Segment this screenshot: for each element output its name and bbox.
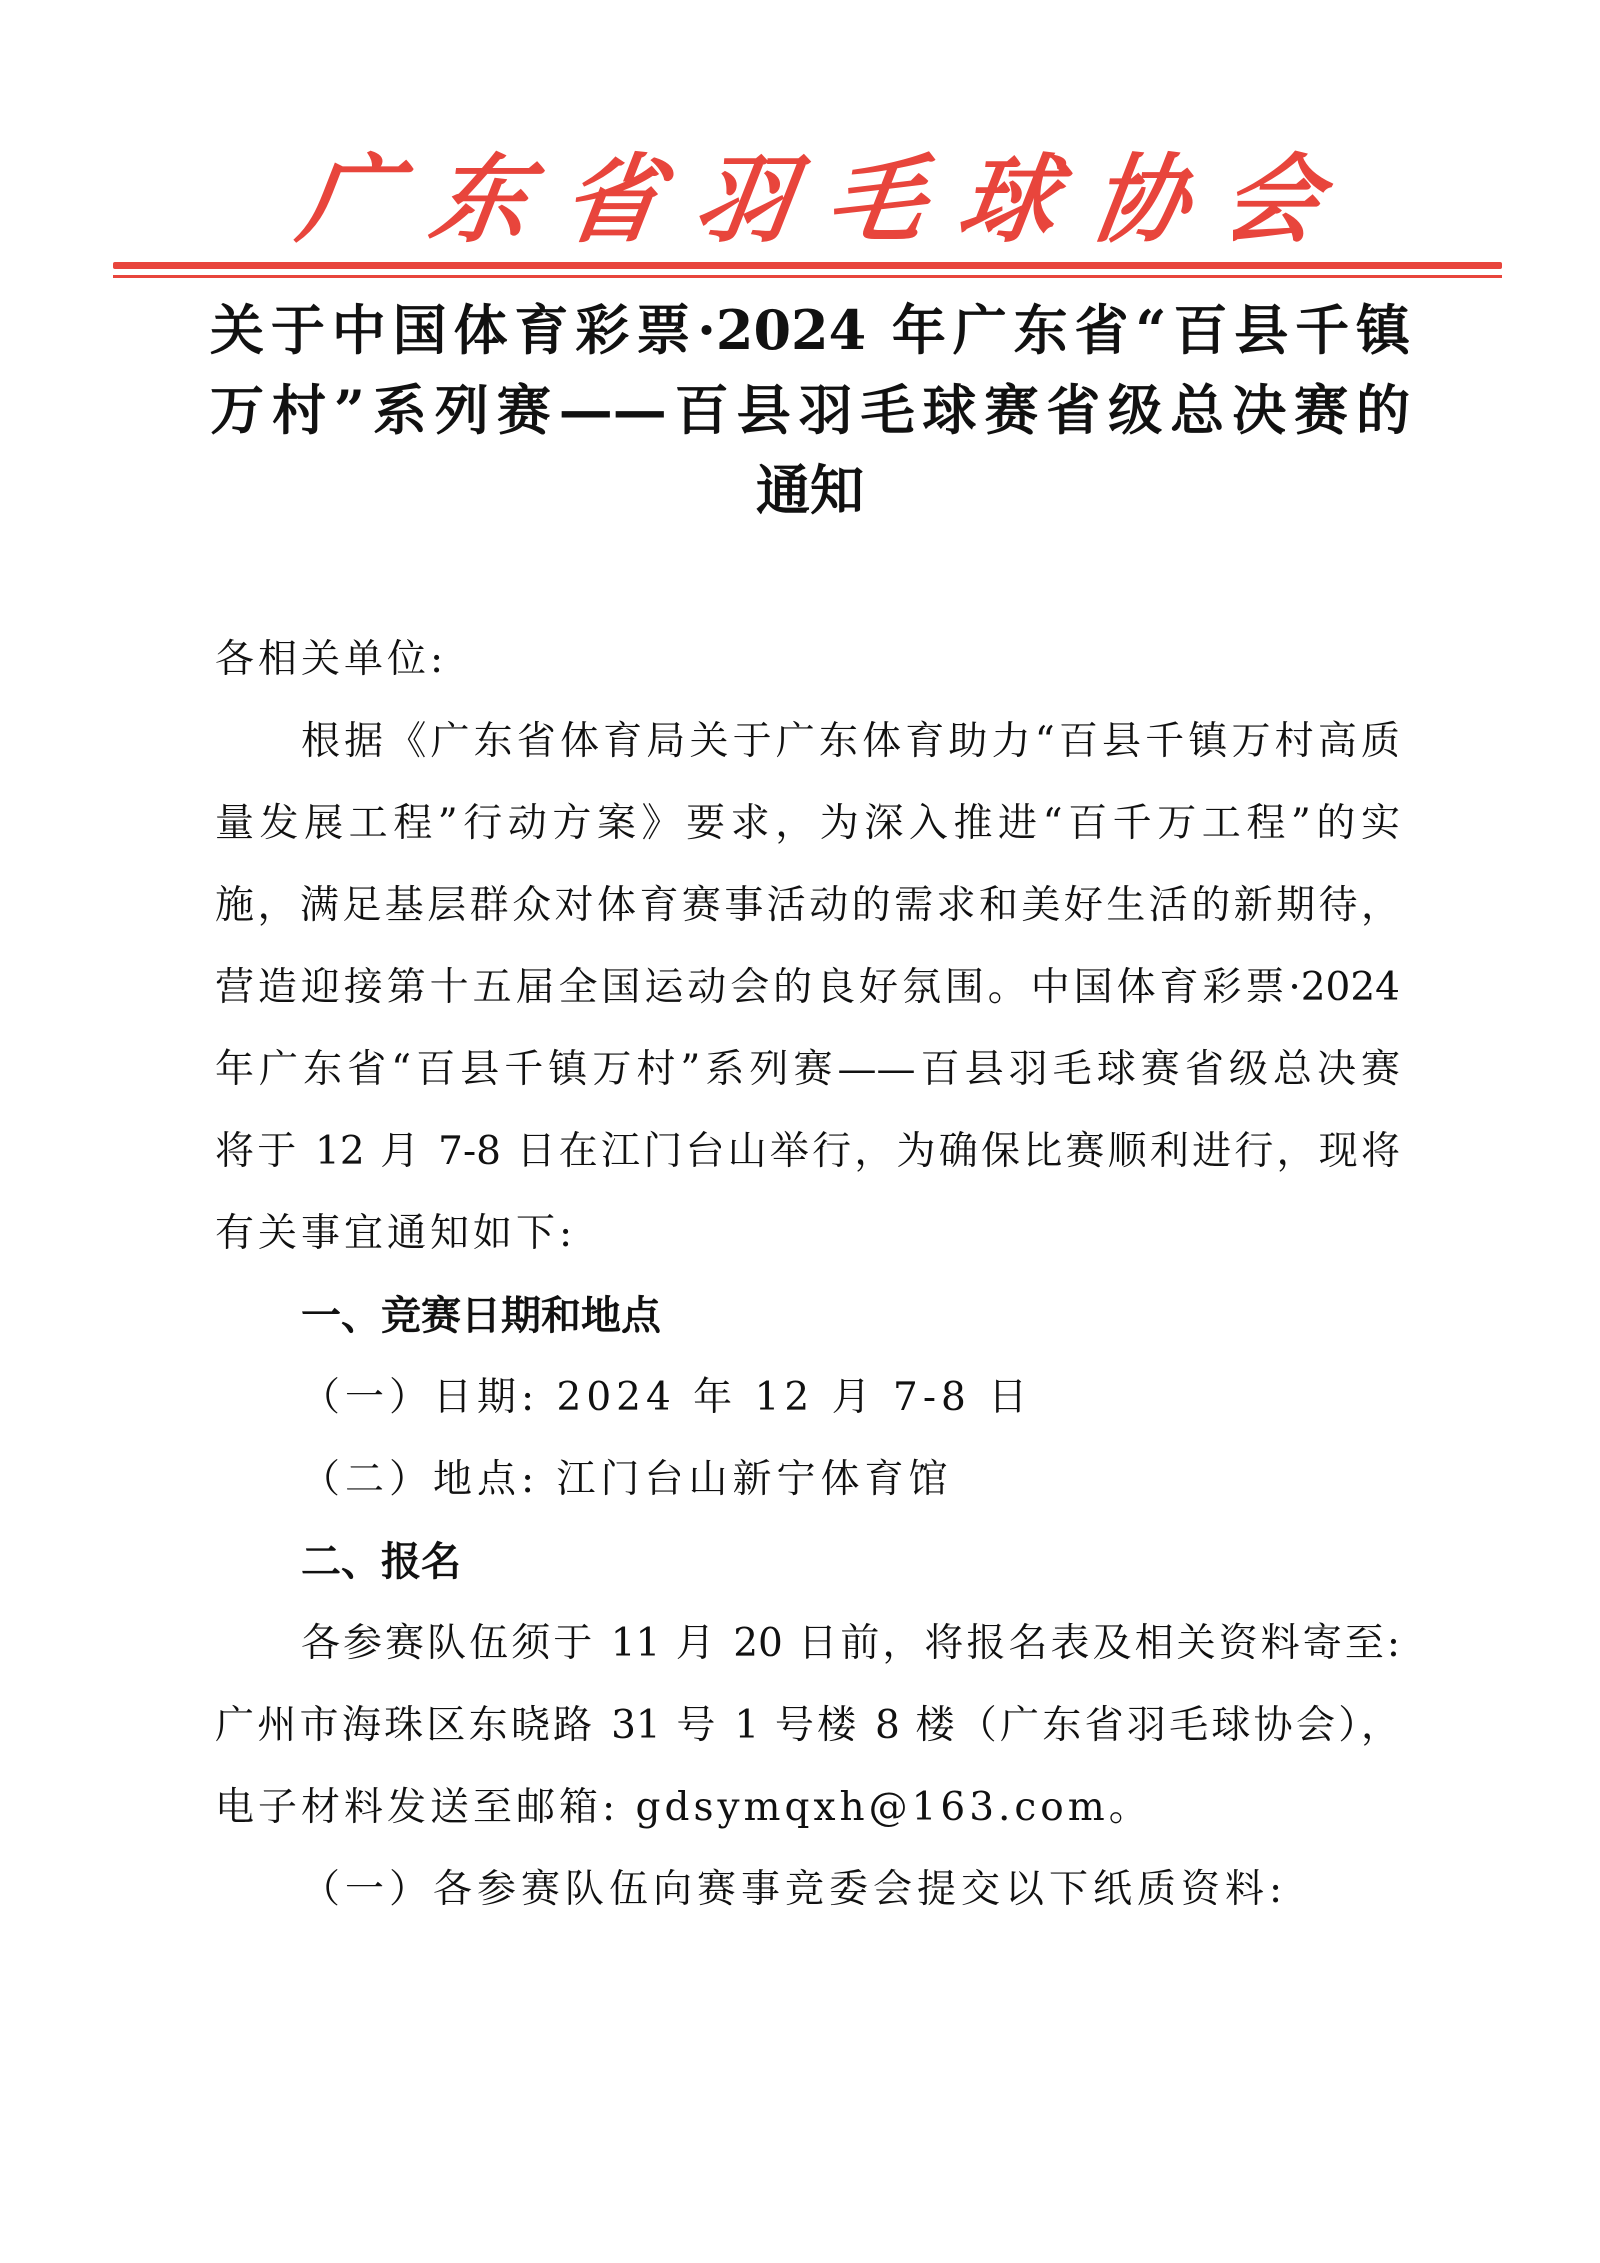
salutation: 各相关单位: [215,619,1400,701]
intro-line: 营造迎接第十五届全国运动会的良好氛围。中国体育彩票·2024 [215,947,1400,1029]
intro-line: 根据《广东省体育局关于广东体育助力“百县千镇万村高质 [301,701,1400,783]
letterhead-char: 羽 [689,152,798,248]
letterhead-org-name: 广 东 省 羽 毛 球 协 会 [300,140,1320,260]
letterhead-char: 东 [425,152,534,248]
intro-line: 将于 12 月 7-8 日在江门台山举行，为确保比赛顺利进行，现将 [215,1111,1400,1193]
letterhead-char: 协 [1085,152,1194,248]
registration-line: 广州市海珠区东晓路 31 号 1 号楼 8 楼（广东省羽毛球协会）， [215,1685,1400,1767]
section-heading-schedule: 一、竞赛日期和地点 [301,1275,1486,1357]
document-title-line-1: 关于中国体育彩票·2024 年广东省“百县千镇 [210,290,1410,370]
intro-line: 有关事宜通知如下: [215,1193,1400,1275]
letterhead-char: 广 [293,152,402,248]
letterhead-char: 会 [1217,152,1326,248]
registration-item: （一）各参赛队伍向赛事竞委会提交以下纸质资料: [301,1849,1486,1931]
registration-line: 各参赛队伍须于 11 月 20 日前，将报名表及相关资料寄至: [301,1603,1400,1685]
document-page: 广 东 省 羽 毛 球 协 会 关于中国体育彩票·2024 年广东省“百县千镇 … [0,0,1600,2263]
letterhead-divider-thin [113,275,1502,278]
document-title-line-2: 万村”系列赛——百县羽毛球赛省级总决赛的 [210,370,1410,450]
intro-line: 量发展工程”行动方案》要求，为深入推进“百千万工程”的实 [215,783,1400,865]
schedule-venue: （二）地点: 江门台山新宁体育馆 [301,1439,1486,1521]
intro-line: 年广东省“百县千镇万村”系列赛——百县羽毛球赛省级总决赛 [215,1029,1400,1111]
section-heading-registration: 二、报名 [301,1521,1486,1603]
registration-email-line: 电子材料发送至邮箱: gdsymqxh@163.com。 [215,1767,1400,1849]
letterhead-char: 省 [557,152,666,248]
letterhead-divider-thick [113,262,1502,269]
document-title-line-3: 通知 [210,450,1410,530]
intro-line: 施，满足基层群众对体育赛事活动的需求和美好生活的新期待， [215,865,1400,947]
letterhead-char: 球 [953,152,1062,248]
schedule-date: （一）日期: 2024 年 12 月 7-8 日 [301,1357,1486,1439]
letterhead-char: 毛 [821,152,930,248]
